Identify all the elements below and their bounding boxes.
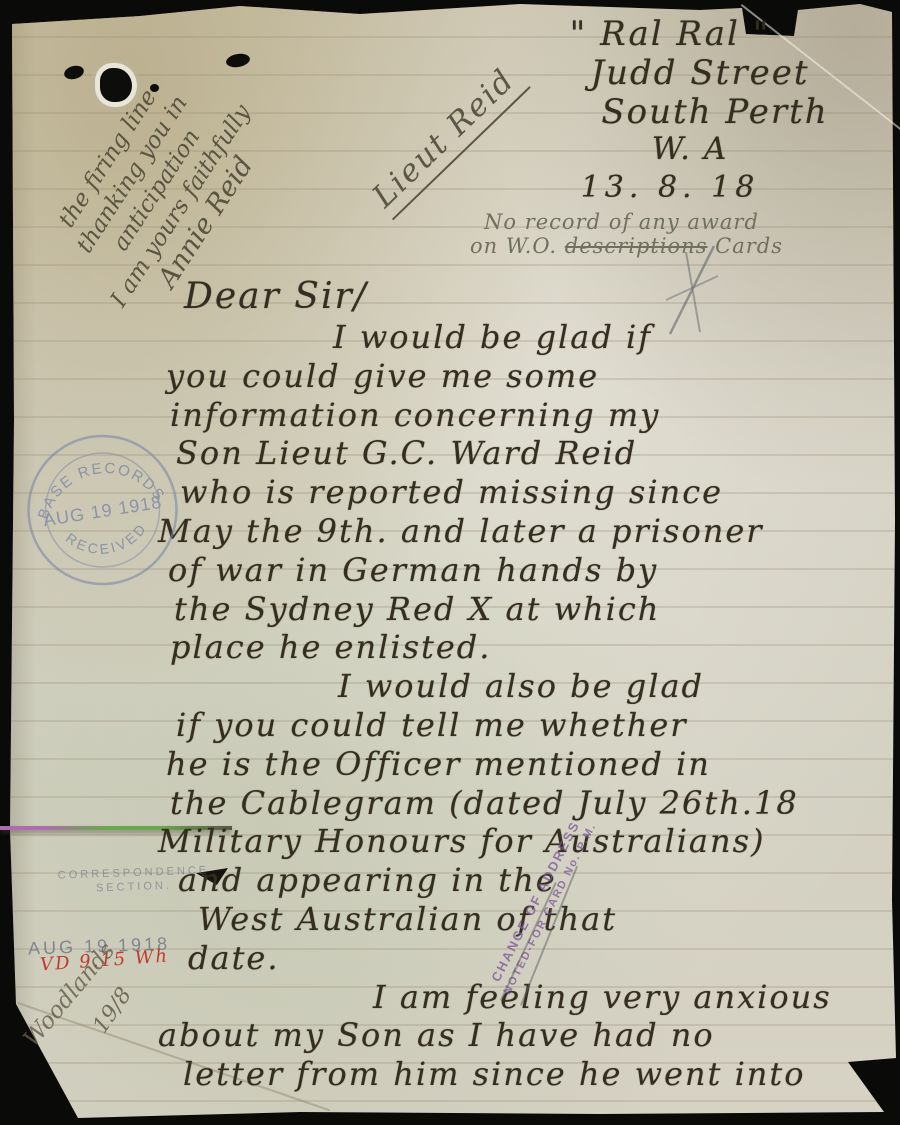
letter-line: I would be glad if xyxy=(158,318,832,357)
letter-line: about my Son as I have had no xyxy=(158,1016,832,1055)
letter-line: Son Lieut G.C. Ward Reid xyxy=(158,434,832,473)
salutation: Dear Sir/ xyxy=(184,276,368,317)
letter-line: the Cablegram (dated July 26th.18 xyxy=(158,784,832,823)
pencil-cross-mark xyxy=(648,242,728,342)
letter-line: if you could tell me whether xyxy=(158,706,832,745)
base-records-stamp: BASE RECORDS AUG 19 1918 RECEIVED xyxy=(9,418,197,602)
letter-line: he is the Officer mentioned in xyxy=(158,745,832,784)
letter-line: the Sydney Red X at which xyxy=(158,590,832,629)
letter-line: West Australian of that xyxy=(158,900,832,939)
letter-line: I would also be glad xyxy=(158,667,832,706)
pencil-annotation-line2a: on W.O. xyxy=(470,234,565,258)
letter-line: Military Honours for Australians) xyxy=(158,822,832,861)
correspondence-section-stamp: CORRESPONDENCE SECTION. xyxy=(58,863,210,896)
suburb-line: South Perth xyxy=(470,92,870,131)
torn-hole xyxy=(100,68,132,102)
letter-line: letter from him since he went into xyxy=(158,1055,832,1094)
letter-line: of war in German hands by xyxy=(158,551,832,590)
letter-line: you could give me some xyxy=(158,357,832,396)
letter-line: May the 9th. and later a prisoner xyxy=(158,512,832,551)
street-line: Judd Street xyxy=(470,53,870,92)
state-line: W. A xyxy=(470,131,870,170)
letter-line: information concerning my xyxy=(158,396,832,435)
letter-date: 13. 8. 18 xyxy=(470,170,870,209)
scanned-letter-page: " Ral Ral " Judd Street South Perth W. A… xyxy=(0,0,900,1125)
letter-line: who is reported missing since xyxy=(158,473,832,512)
letter-header-address: " Ral Ral " Judd Street South Perth W. A… xyxy=(470,14,870,209)
letter-line: place he enlisted. xyxy=(158,628,832,667)
house-name: " Ral Ral " xyxy=(470,14,870,53)
letter-line: and appearing in the xyxy=(158,861,832,900)
pencil-annotation-line1: No record of any award xyxy=(470,210,890,234)
